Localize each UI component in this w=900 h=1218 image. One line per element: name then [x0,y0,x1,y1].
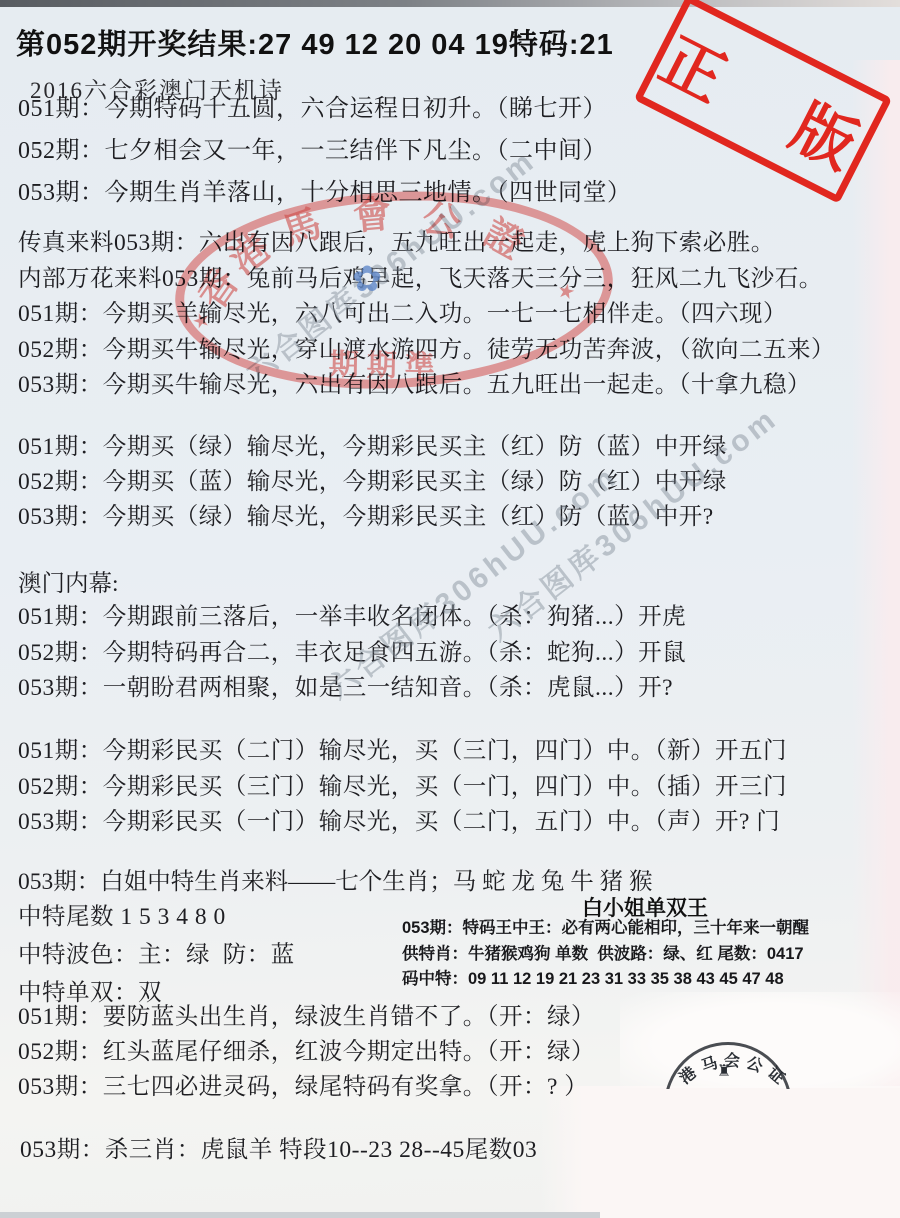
text-line: 051期：今期跟前三落后，一举丰收名闭体。（杀：狗猪...）开虎 [18,600,686,636]
round-seal-ring: 港 马 会 公 证 ♜ [664,1042,792,1089]
text-line: 码中特：09 11 12 19 21 23 31 33 35 38 43 45 … [402,967,809,993]
text-line: 中特尾数 1 5 3 4 8 0 [18,898,295,936]
text-line: 051期：今期彩民买（二门）输尽光，买（三门，四门）中。（新）开五门 [18,734,787,770]
text-line: 053期：三七四必进灵码，绿尾特码有奖拿。（开：? ） [18,1070,595,1105]
bottom-edge-strip [0,1212,600,1218]
bottom-right-white-area [540,1086,900,1218]
seal-char: 會 [351,182,394,240]
seal-char: 公 [744,1050,767,1077]
text-line: 051期：今期特码十五圆，六合运程日初升。（睇七开） [18,88,632,130]
zhengban-stamp: 正 版 [634,0,893,204]
baijie-headline: 053期：白姐中特生肖来料——七个生肖；马 蛇 龙 兔 牛 猪 猴 [18,862,653,896]
seal-char: 证 [763,1061,790,1089]
section-doors: 051期：今期彩民买（二门）输尽光，买（三门，四门）中。（新）开五门 052期：… [18,734,787,841]
blue-flower-emblem-icon: ✿ [352,258,382,300]
round-notary-seal: 港 马 会 公 证 ♜ [662,1042,796,1089]
oval-jockey-club-seal: 香 港 馬 會 公 證 ★ ★ 期期準 [170,181,618,400]
text-line: 051期：今期买（绿）输尽光，今期彩民买主（红）防（蓝）中开绿 [18,430,727,465]
page-title: 第052期开奖结果:27 49 12 20 04 19特码:21 [16,22,614,63]
top-edge-strip [0,0,900,7]
text-line: 053期：今期彩民买（一门）输尽光，买（二门，五门）中。（声）开? 门 [18,805,787,841]
text-line: 051期：要防蓝头出生肖，绿波生肖错不了。（开：绿） [18,1000,595,1035]
seal-bottom-text: 期期準 [328,340,443,386]
building-icon: ♜ [717,1061,731,1081]
seal-char: 港 [673,1061,700,1089]
zhengban-stamp-label: 正 版 [621,0,900,201]
footer-kill-zodiac-line: 053期：杀三肖：虎鼠羊 特段10--23 28--45尾数03 [20,1130,537,1164]
text-line: 053期：特码王中王：必有两心能相印，三十年来一朝醒 [402,916,809,942]
text-line: 052期：红头蓝尾仔细杀，红波今期定出特。（开：绿） [18,1035,595,1070]
text-line: 中特波色：主：绿 防：蓝 [18,936,295,974]
text-line: 052期：今期彩民买（三门）输尽光，买（一门，四门）中。（插）开三门 [18,770,787,806]
section-wave-predictions: 051期：要防蓝头出生肖，绿波生肖错不了。（开：绿） 052期：红头蓝尾仔细杀，… [18,1000,595,1105]
baijie-left-column: 中特尾数 1 5 3 4 8 0 中特波色：主：绿 防：蓝 中特单双：双 [18,898,295,1012]
text-line: 供特肖：牛猪猴鸡狗 单数 供波路：绿、红 尾数：0417 [402,942,809,968]
section-neimu-title: 澳门内幕: [18,564,119,598]
baixiaojie-column: 053期：特码王中王：必有两心能相印，三十年来一朝醒 供特肖：牛猪猴鸡狗 单数 … [402,916,809,993]
